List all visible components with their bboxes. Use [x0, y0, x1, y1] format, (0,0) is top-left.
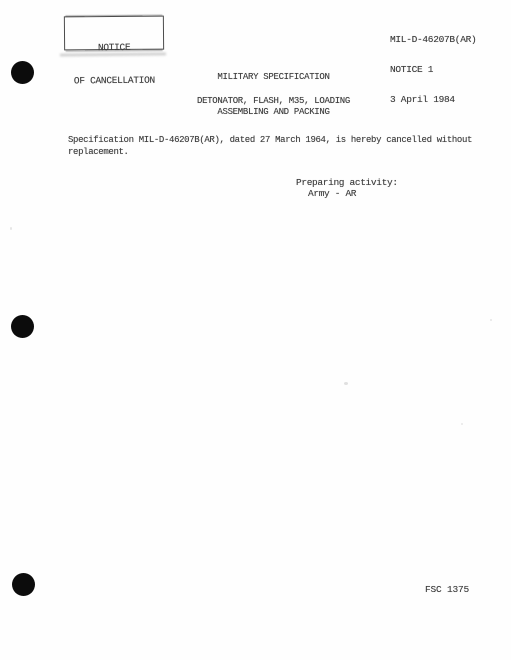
hole-punch-bottom — [12, 573, 35, 596]
subject-line-2: ASSEMBLING AND PACKING — [36, 107, 511, 117]
cancellation-statement: Specification MIL-D-46207B(AR), dated 27… — [68, 135, 486, 158]
scan-speck — [461, 423, 463, 425]
subject-line-1: DETONATOR, FLASH, M35, LOADING — [36, 96, 511, 106]
document-title: MILITARY SPECIFICATION — [36, 72, 511, 82]
scan-speck — [10, 227, 12, 230]
scan-speck — [490, 319, 492, 321]
spec-id: MIL-D-46207B(AR) — [390, 35, 476, 45]
hole-punch-top — [11, 61, 34, 84]
scanned-document-page: NOTICE OF CANCELLATION MIL-D-46207B(AR) … — [0, 0, 511, 660]
preparing-activity-value: Army - AR — [308, 188, 356, 199]
hole-punch-middle — [11, 315, 34, 338]
scan-speck — [344, 382, 348, 385]
preparing-activity-label: Preparing activity: — [296, 177, 398, 188]
cancellation-stamp: NOTICE OF CANCELLATION — [64, 16, 164, 51]
fsc-code: FSC 1375 — [425, 584, 469, 595]
